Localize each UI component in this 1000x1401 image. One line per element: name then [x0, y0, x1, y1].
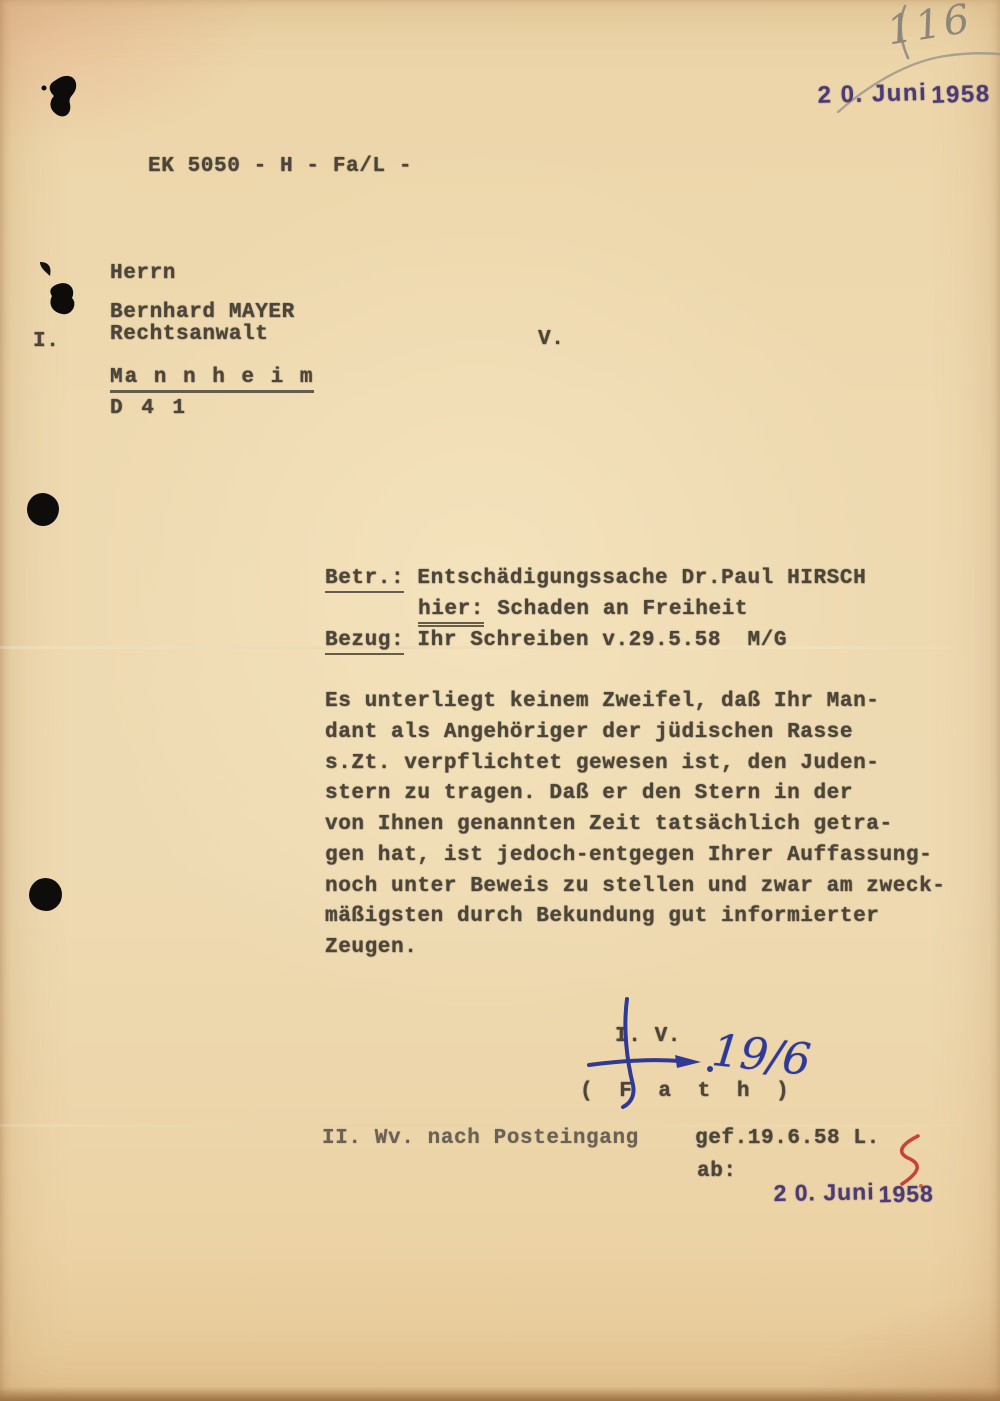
body-line: von Ihnen genannten Zeit tatsächlich get… [325, 813, 893, 836]
stamp-month: Juni [823, 1178, 875, 1205]
ink-blot [44, 280, 80, 324]
subject-betreff-line: Betr.: Entschädigungssache Dr.Paul HIRSC… [325, 567, 866, 590]
address-title: Rechtsanwalt [110, 323, 268, 346]
stamp-year: 1958 [931, 80, 991, 110]
hier-label: hier: [418, 598, 484, 627]
betreff-label: Betr.: [325, 567, 404, 593]
body-line: mäßigsten durch Bekundung gut informiert… [325, 905, 880, 928]
bezug-text: Ihr Schreiben v.29.5.58 M/G [404, 629, 787, 652]
hier-text: Schaden an Freiheit [484, 598, 748, 621]
address-district: D 4 1 [110, 397, 188, 420]
betreff-text: Entschädigungssache Dr.Paul HIRSCH [404, 567, 866, 590]
stamp-month: Juni [872, 79, 928, 107]
stamp-day: 2 0. [773, 1179, 816, 1206]
letter-page: 116 2 0. Juni1958 EK 5050 - H - Fa/L - H… [0, 0, 1000, 1401]
stamp-day: 2 0. [817, 81, 864, 109]
body-line: s.Zt. verpflichtet gewesen ist, den Jude… [325, 752, 880, 775]
body-line: gen hat, ist jedoch-entgegen Ihrer Auffa… [325, 844, 932, 867]
subject-hier-line: hier: Schaden an Freiheit [418, 598, 748, 621]
bezug-label: Bezug: [325, 629, 404, 655]
punch-hole [29, 878, 62, 911]
reference-line: EK 5050 - H - Fa/L - [148, 155, 412, 178]
handwritten-date: 19/6 [710, 1025, 814, 1086]
body-line: dant als Angehöriger der jüdischen Rasse [325, 721, 853, 744]
address-salutation: Herrn [110, 262, 176, 285]
ink-blot [38, 68, 98, 138]
address-name: Bernhard MAYER [110, 301, 295, 324]
body-line: Zeugen. [325, 936, 417, 959]
body-line: stern zu tragen. Daß er den Stern in der [325, 782, 853, 805]
punch-hole [27, 493, 59, 526]
body-line: Es unterliegt keinem Zweifel, daß Ihr Ma… [325, 690, 880, 713]
subject-bezug-line: Bezug: Ihr Schreiben v.29.5.58 M/G [325, 629, 787, 652]
received-date-stamp: 2 0. Juni1958 [784, 49, 992, 138]
margin-mark-v: V. [538, 328, 564, 351]
address-city: Ma n n h e i m [110, 366, 314, 393]
footer-note: II. Wv. nach Posteingang [322, 1127, 639, 1150]
margin-numeral-one: I. [33, 330, 59, 353]
body-line: noch unter Beweis zu stellen und zwar am… [325, 875, 946, 898]
red-check-mark [888, 1128, 948, 1208]
footer-ab-label: ab: [697, 1160, 737, 1183]
footer-gef-line: gef.19.6.58 L. [695, 1127, 880, 1150]
